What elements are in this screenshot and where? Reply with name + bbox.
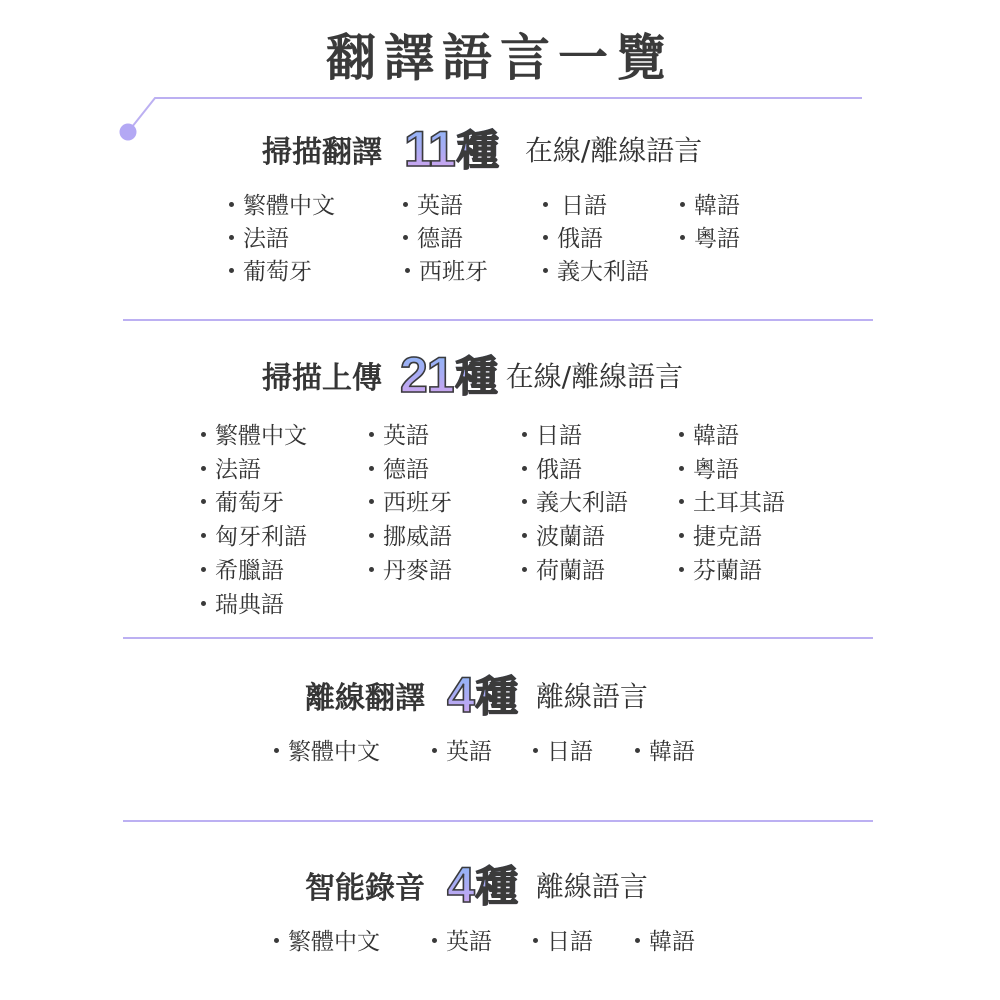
- list-item: 韓語: [635, 927, 695, 957]
- section-header-scan-upload: 掃描上傳 21種 在線/離線語言: [0, 350, 1000, 400]
- bullet-icon: [543, 202, 548, 207]
- list-item: 日語: [533, 927, 593, 957]
- language-count-badge: 4種: [447, 670, 518, 720]
- list-item: 義大利語: [543, 257, 649, 287]
- bullet-icon: [635, 748, 640, 753]
- bullet-icon: [369, 432, 374, 437]
- list-item: 英語: [432, 927, 492, 957]
- count-unit: 種: [476, 676, 518, 718]
- section-divider: [123, 319, 873, 321]
- section-subtitle: 在線/離線語言: [506, 355, 683, 395]
- section-subtitle: 離線語言: [536, 675, 648, 715]
- bullet-icon: [432, 748, 437, 753]
- bullet-icon: [403, 235, 408, 240]
- count-number: 11: [404, 124, 455, 174]
- list-item: 繁體中文: [274, 737, 380, 767]
- section-subtitle: 在線/離線語言: [525, 129, 702, 169]
- bullet-icon: [201, 466, 206, 471]
- list-item: 法語: [229, 224, 289, 254]
- bullet-icon: [680, 202, 685, 207]
- language-count-badge: 21種: [400, 350, 498, 400]
- bullet-icon: [533, 748, 538, 753]
- list-item: 土耳其語: [679, 488, 785, 518]
- section-name: 掃描上傳: [262, 353, 382, 397]
- list-item: 波蘭語: [522, 522, 605, 552]
- bullet-icon: [405, 268, 410, 273]
- list-item: 丹麥語: [369, 556, 452, 586]
- bullet-icon: [201, 499, 206, 504]
- bullet-icon: [274, 748, 279, 753]
- section-name: 離線翻譯: [305, 673, 425, 717]
- list-item: 法語: [201, 455, 261, 485]
- list-item: 俄語: [543, 224, 603, 254]
- list-item: 韓語: [635, 737, 695, 767]
- language-count-badge: 4種: [447, 860, 518, 910]
- bullet-icon: [679, 533, 684, 538]
- list-item: 英語: [432, 737, 492, 767]
- language-count-badge: 11種: [404, 124, 499, 174]
- section-divider: [123, 637, 873, 639]
- section-name: 掃描翻譯: [262, 127, 382, 171]
- section-name: 智能錄音: [305, 863, 425, 907]
- count-unit: 種: [456, 356, 498, 398]
- bullet-icon: [635, 938, 640, 943]
- bullet-icon: [369, 499, 374, 504]
- list-item: 葡萄牙: [229, 257, 312, 287]
- list-item: 英語: [369, 421, 429, 451]
- bullet-icon: [680, 235, 685, 240]
- bullet-icon: [522, 533, 527, 538]
- bullet-icon: [369, 567, 374, 572]
- list-item: 粵語: [679, 455, 739, 485]
- list-item: 荷蘭語: [522, 556, 605, 586]
- bullet-icon: [543, 235, 548, 240]
- bullet-icon: [679, 466, 684, 471]
- list-item: 韓語: [679, 421, 739, 451]
- bullet-icon: [679, 567, 684, 572]
- list-item: 日語: [533, 737, 593, 767]
- count-number: 4: [447, 860, 474, 910]
- list-item: 芬蘭語: [679, 556, 762, 586]
- bullet-icon: [432, 938, 437, 943]
- section-header-scan-translate: 掃描翻譯 11種 在線/離線語言: [0, 124, 1000, 174]
- bullet-icon: [229, 202, 234, 207]
- bullet-icon: [229, 235, 234, 240]
- list-item: 希臘語: [201, 556, 284, 586]
- bullet-icon: [369, 533, 374, 538]
- bullet-icon: [201, 533, 206, 538]
- list-item: 繁體中文: [229, 191, 335, 221]
- list-item: 捷克語: [679, 522, 762, 552]
- list-item: 英語: [403, 191, 463, 221]
- list-item: 日語: [543, 191, 607, 221]
- count-unit: 種: [457, 130, 499, 172]
- list-item: 德語: [403, 224, 463, 254]
- count-number: 21: [400, 350, 454, 400]
- list-item: 粵語: [680, 224, 740, 254]
- bullet-icon: [201, 432, 206, 437]
- bullet-icon: [679, 432, 684, 437]
- section-header-offline-translate: 離線翻譯 4種 離線語言: [0, 670, 1000, 720]
- list-item: 西班牙: [369, 488, 452, 518]
- bullet-icon: [679, 499, 684, 504]
- count-number: 4: [447, 670, 474, 720]
- bullet-icon: [533, 938, 538, 943]
- list-item: 韓語: [680, 191, 740, 221]
- list-item: 俄語: [522, 455, 582, 485]
- list-item: 瑞典語: [201, 590, 284, 620]
- bullet-icon: [229, 268, 234, 273]
- bullet-icon: [522, 466, 527, 471]
- list-item: 挪威語: [369, 522, 452, 552]
- list-item: 日語: [522, 421, 582, 451]
- bullet-icon: [522, 499, 527, 504]
- section-divider: [123, 820, 873, 822]
- bullet-icon: [369, 466, 374, 471]
- section-subtitle: 離線語言: [536, 865, 648, 905]
- section-header-smart-recording: 智能錄音 4種 離線語言: [0, 860, 1000, 910]
- list-item: 葡萄牙: [201, 488, 284, 518]
- list-item: 西班牙: [405, 257, 488, 287]
- bullet-icon: [522, 432, 527, 437]
- list-item: 義大利語: [522, 488, 628, 518]
- bullet-icon: [201, 601, 206, 606]
- bullet-icon: [201, 567, 206, 572]
- list-item: 繁體中文: [274, 927, 380, 957]
- list-item: 德語: [369, 455, 429, 485]
- list-item: 繁體中文: [201, 421, 307, 451]
- bullet-icon: [543, 268, 548, 273]
- count-unit: 種: [476, 866, 518, 908]
- bullet-icon: [274, 938, 279, 943]
- bullet-icon: [522, 567, 527, 572]
- list-item: 匈牙利語: [201, 522, 307, 552]
- bullet-icon: [403, 202, 408, 207]
